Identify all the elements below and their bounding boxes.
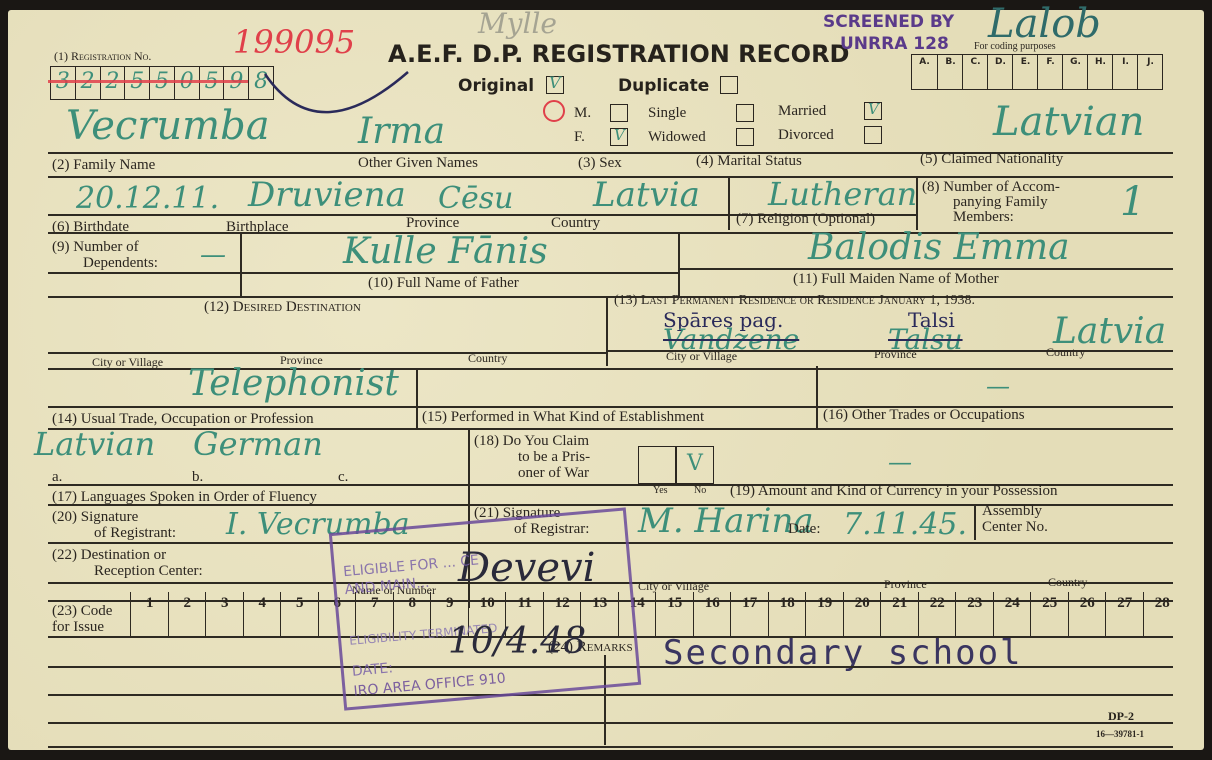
- dependents-label-1: (9) Number of: [52, 240, 139, 255]
- registrant-signature-label-1: (20) Signature: [52, 510, 138, 525]
- reception-city-label: City or Village: [638, 580, 709, 592]
- code-issue-cell: 2: [168, 592, 207, 636]
- language-a-label: a.: [52, 470, 62, 485]
- form-code: DP-2: [1108, 710, 1134, 722]
- iro-stamp-date-value: 10/4.48: [448, 624, 586, 660]
- code-issue-cell: 19: [805, 592, 844, 636]
- coding-cell: D.: [987, 55, 1013, 89]
- code-issue-cell: 1: [130, 592, 169, 636]
- registration-digit-cell: 3: [51, 67, 75, 99]
- sex-label: (3) Sex: [578, 156, 622, 171]
- code-issue-cell: 21: [880, 592, 919, 636]
- nationality-label: (5) Claimed Nationality: [920, 152, 1063, 167]
- pow-yes-box[interactable]: [638, 446, 676, 484]
- registration-date-value: 7.11.45.: [843, 510, 967, 540]
- reception-label-2: Reception Center:: [94, 564, 203, 579]
- religion-label: (7) Religion (Optional): [736, 212, 875, 227]
- married-label: Married: [778, 104, 826, 119]
- divider: [974, 504, 976, 540]
- screened-stamp-line1: SCREENED BY: [823, 14, 954, 31]
- pow-no-box[interactable]: V: [676, 446, 714, 484]
- dependents-label-2: Dependents:: [83, 256, 158, 271]
- family-members-label-3: Members:: [953, 210, 1014, 225]
- other-trades-label: (16) Other Trades or Occupations: [823, 408, 1025, 423]
- divider: [606, 296, 608, 366]
- divider: [48, 296, 1173, 298]
- birthplace-value: Druviena: [248, 178, 406, 212]
- language-a-value: Latvian: [34, 428, 155, 460]
- sex-f-checkbox[interactable]: V: [610, 128, 628, 146]
- marital-status-label: (4) Marital Status: [696, 154, 802, 169]
- remarks-line: [48, 746, 1173, 748]
- family-members-label-2: panying Family: [953, 195, 1048, 210]
- currency-label: (19) Amount and Kind of Currency in your…: [730, 484, 1057, 499]
- screened-stamp-line2: UNRRA 128: [840, 36, 949, 53]
- mother-name-label: (11) Full Maiden Name of Mother: [793, 272, 999, 287]
- assembly-label-1: Assembly: [982, 504, 1042, 519]
- sex-m-checkbox[interactable]: [610, 104, 628, 122]
- family-members-label-1: (8) Number of Accom-: [922, 180, 1060, 195]
- print-code: 16—39781-1: [1096, 730, 1144, 739]
- registration-digit-cell: 0: [174, 67, 199, 99]
- code-issue-cell: 27: [1105, 592, 1144, 636]
- birth-province-label: Province: [406, 216, 459, 231]
- single-checkbox[interactable]: [736, 104, 754, 122]
- language-b-value: German: [193, 428, 323, 460]
- pow-yes-label: Yes: [653, 486, 668, 496]
- code-issue-cell: 4: [243, 592, 282, 636]
- code-issue-cell: 18: [768, 592, 807, 636]
- family-name-label: (2) Family Name: [52, 158, 155, 173]
- reception-country-label: Country: [1048, 576, 1087, 588]
- divorced-label: Divorced: [778, 128, 834, 143]
- divider: [816, 366, 818, 428]
- currency-value: —: [888, 450, 912, 474]
- last-residence-label: (13) Last Permanent Residence or Residen…: [614, 294, 975, 308]
- remarks-line: [48, 694, 1173, 696]
- nationality-value: Latvian: [993, 102, 1144, 142]
- registration-digit-cell: 5: [199, 67, 224, 99]
- registrant-signature-label-2: of Registrant:: [94, 526, 176, 541]
- registration-card: (1) Registration No. 199095 322550598 My…: [8, 10, 1204, 750]
- occupation-value: Telephonist: [188, 366, 399, 402]
- language-c-label: c.: [338, 470, 348, 485]
- registration-digit-cell: 2: [75, 67, 100, 99]
- code-issue-label-2: for Issue: [52, 620, 104, 635]
- registration-number-red: 199095: [233, 26, 355, 58]
- iro-stamp: ELIGIBLE FOR ... CE AND MAIN... ELIGIBIL…: [329, 507, 641, 710]
- coding-label: For coding purposes: [974, 42, 1056, 52]
- assembly-label-2: Center No.: [982, 520, 1048, 535]
- code-issue-cell: 16: [693, 592, 732, 636]
- mother-name-value: Balodis Emma: [808, 230, 1070, 266]
- coding-cell: J.: [1137, 55, 1163, 89]
- registration-digit-cell: 2: [100, 67, 125, 99]
- given-names-value: Irma: [358, 114, 445, 150]
- divider: [48, 272, 680, 274]
- widowed-checkbox[interactable]: [736, 128, 754, 146]
- reception-province-label: Province: [884, 578, 927, 590]
- divider: [48, 352, 608, 354]
- given-names-label: Other Given Names: [358, 156, 478, 171]
- iro-stamp-date-label: DATE:: [351, 661, 393, 679]
- coding-grid: A.B.C.D.E.F.G.H.I.J.: [911, 54, 1163, 90]
- dependents-value: —: [200, 242, 226, 268]
- pow-no-label: No: [694, 486, 706, 496]
- married-checkbox[interactable]: V: [864, 102, 882, 120]
- code-issue-cell: 3: [205, 592, 244, 636]
- family-name-value: Vecrumba: [66, 106, 270, 146]
- divider: [728, 176, 730, 230]
- religion-value: Lutheran: [768, 178, 917, 210]
- registration-digit-cell: 5: [149, 67, 174, 99]
- coding-cell: H.: [1087, 55, 1113, 89]
- residence-province-label: Province: [874, 348, 917, 360]
- code-issue-label-1: (23) Code: [52, 604, 112, 619]
- registration-number-label: (1) Registration No.: [54, 50, 151, 62]
- registration-digit-boxes: 322550598: [50, 66, 274, 100]
- code-issue-cell: 15: [655, 592, 694, 636]
- code-issue-cell: 25: [1030, 592, 1069, 636]
- father-name-value: Kulle Fānis: [343, 234, 548, 270]
- coding-cell: I.: [1112, 55, 1138, 89]
- registration-digit-cell: 9: [223, 67, 248, 99]
- coding-cell: A.: [912, 55, 937, 89]
- coding-cell: G.: [1062, 55, 1088, 89]
- remarks-value: Secondary school: [663, 636, 1023, 670]
- divider: [916, 176, 918, 230]
- divider: [240, 232, 242, 296]
- code-issue-cell: 24: [993, 592, 1032, 636]
- birth-province-value: Cēsu: [438, 184, 513, 214]
- coding-cell: B.: [937, 55, 963, 89]
- duplicate-label: Duplicate: [618, 78, 709, 95]
- language-b-label: b.: [192, 470, 203, 485]
- languages-label: (17) Languages Spoken in Order of Fluenc…: [52, 490, 317, 505]
- father-name-label: (10) Full Name of Father: [368, 276, 519, 291]
- red-strike-line: [48, 80, 248, 83]
- original-checkbox[interactable]: V: [546, 76, 564, 94]
- duplicate-checkbox[interactable]: [720, 76, 738, 94]
- coding-cell: C.: [962, 55, 988, 89]
- single-label: Single: [648, 106, 686, 121]
- residence-country-label: Country: [1046, 346, 1085, 358]
- divorced-checkbox[interactable]: [864, 126, 882, 144]
- destination-city-label: City or Village: [92, 356, 163, 368]
- original-label: Original: [458, 78, 534, 95]
- pow-label-1: (18) Do You Claim: [474, 434, 589, 449]
- code-issue-cell: 26: [1068, 592, 1107, 636]
- divider: [678, 232, 680, 296]
- remarks-line: [48, 722, 1173, 724]
- code-issue-cell: 17: [730, 592, 769, 636]
- desired-destination-label: (12) Desired Destination: [204, 300, 361, 315]
- divider: [680, 268, 1173, 270]
- red-circle-mark: [543, 100, 565, 122]
- sex-m-label: M.: [574, 106, 591, 121]
- birthdate-value: 20.12.11.: [76, 184, 219, 214]
- screener-signature: Lalob: [988, 4, 1101, 44]
- code-issue-cell: 20: [843, 592, 882, 636]
- code-issue-cell: 23: [955, 592, 994, 636]
- family-members-value: 1: [1120, 182, 1145, 222]
- code-issue-cell: 28: [1143, 592, 1182, 636]
- widowed-label: Widowed: [648, 130, 706, 145]
- destination-country-label: Country: [468, 352, 507, 364]
- code-issue-cell: 5: [280, 592, 319, 636]
- pow-label-2: to be a Pris-: [518, 450, 590, 465]
- form-title: A.E.F. D.P. REGISTRATION RECORD: [388, 42, 849, 66]
- residence-city-label: City or Village: [666, 350, 737, 362]
- pencil-note: Mylle: [478, 10, 557, 38]
- pow-label-3: oner of War: [518, 466, 589, 481]
- registration-digit-cell: 5: [124, 67, 149, 99]
- date-label: Date:: [788, 522, 820, 537]
- sex-f-label: F.: [574, 130, 585, 145]
- reception-label-1: (22) Destination or: [52, 548, 166, 563]
- establishment-label: (15) Performed in What Kind of Establish…: [422, 410, 704, 425]
- coding-cell: E.: [1012, 55, 1038, 89]
- code-issue-cell: 22: [918, 592, 957, 636]
- coding-cell: F.: [1037, 55, 1063, 89]
- other-trades-value: —: [986, 374, 1010, 398]
- divider: [48, 484, 468, 486]
- divider: [416, 368, 418, 428]
- birth-country-value: Latvia: [593, 178, 700, 212]
- birth-country-label: Country: [551, 216, 600, 231]
